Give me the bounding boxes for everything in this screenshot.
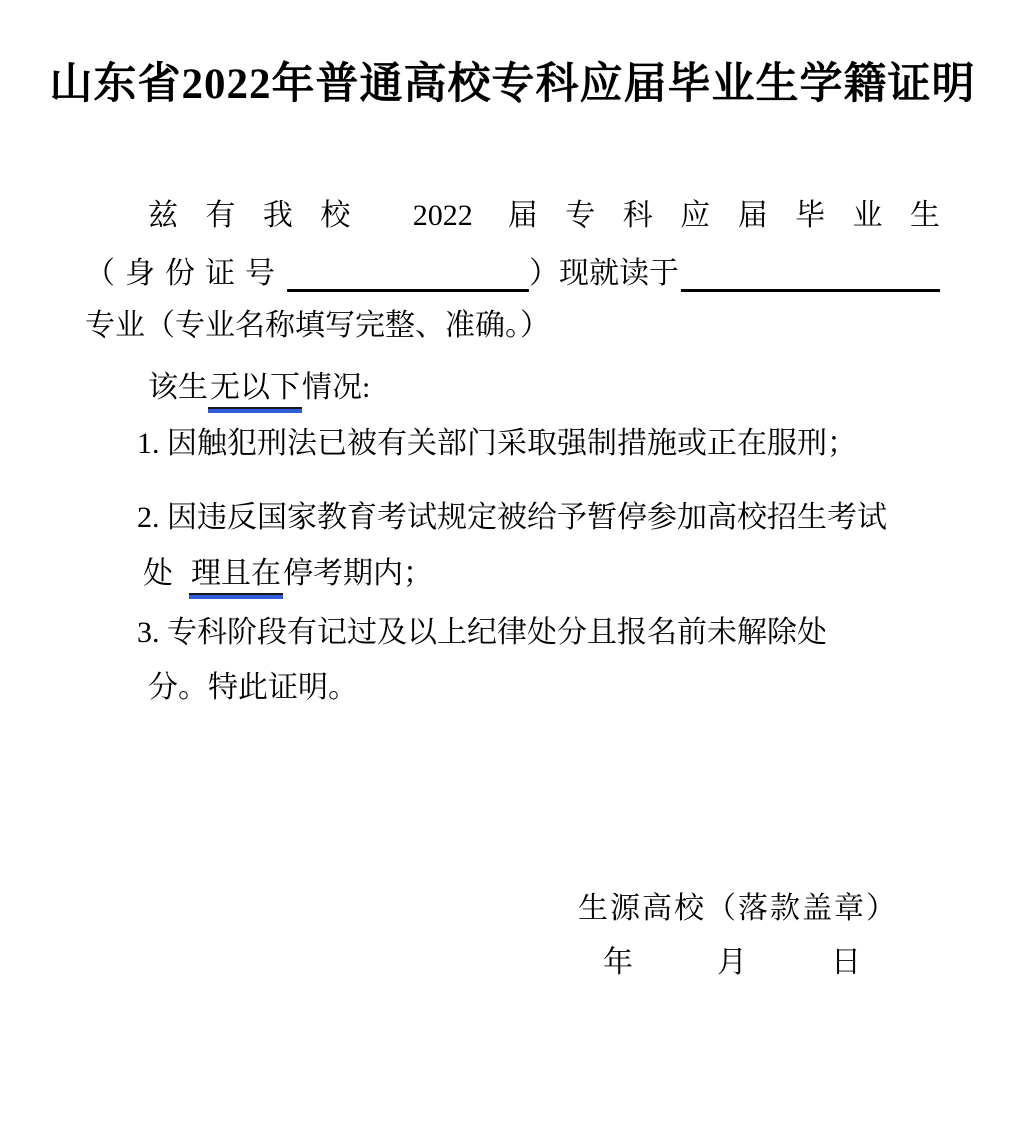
condition-item-1: 1. 因触犯刑法已被有关部门采取强制措施或正在服刑； xyxy=(137,418,857,462)
page-title: 山东省2022年普通高校专科应届毕业生学籍证明 xyxy=(0,50,1025,111)
year-label: 年 xyxy=(603,937,633,981)
item-2-line-2-prefix: 处 xyxy=(143,548,173,592)
intro-line-graduate: 兹有我校 2022 届专科应届毕业生 xyxy=(148,190,940,234)
intro-line-id: （身份证号 ）现就读于 xyxy=(85,248,940,292)
lead-prefix: 该生 xyxy=(148,371,208,404)
certificate-page: 山东省2022年普通高校专科应届毕业生学籍证明 兹有我校 2022 届专科应届毕… xyxy=(0,0,1025,1134)
day-label: 日 xyxy=(831,937,861,981)
item-2-line-2-suffix: 停考期内； xyxy=(283,557,433,590)
month-label: 月 xyxy=(717,937,747,981)
school-name-blank[interactable] xyxy=(681,254,940,292)
condition-item-3-line-2: 分。特此证明。 xyxy=(148,662,358,706)
lead-underlined-text: 无以下 xyxy=(208,362,302,409)
condition-item-3-line-1: 3. 专科阶段有记过及以上纪律处分且报名前未解除处 xyxy=(137,607,827,651)
conditions-lead-line: 该生无以下情况: xyxy=(148,362,370,409)
id-number-blank[interactable] xyxy=(287,254,529,292)
condition-item-2-line-2: 处理且在停考期内； xyxy=(143,548,433,595)
major-note-line: 专业（专业名称填写完整、准确。） xyxy=(85,300,550,344)
condition-item-2-line-1: 2. 因违反国家教育考试规定被给予暂停参加高校招生考试 xyxy=(137,492,887,536)
date-line: 年 月 日 xyxy=(603,937,861,981)
now-studying-label: ）现就读于 xyxy=(529,248,679,292)
id-number-label: （身份证号 xyxy=(85,248,285,292)
issuer-signature-line: 生源高校（落款盖章） xyxy=(578,883,898,927)
lead-suffix: 情况: xyxy=(302,371,370,404)
item-2-underlined-text: 理且在 xyxy=(189,548,283,595)
